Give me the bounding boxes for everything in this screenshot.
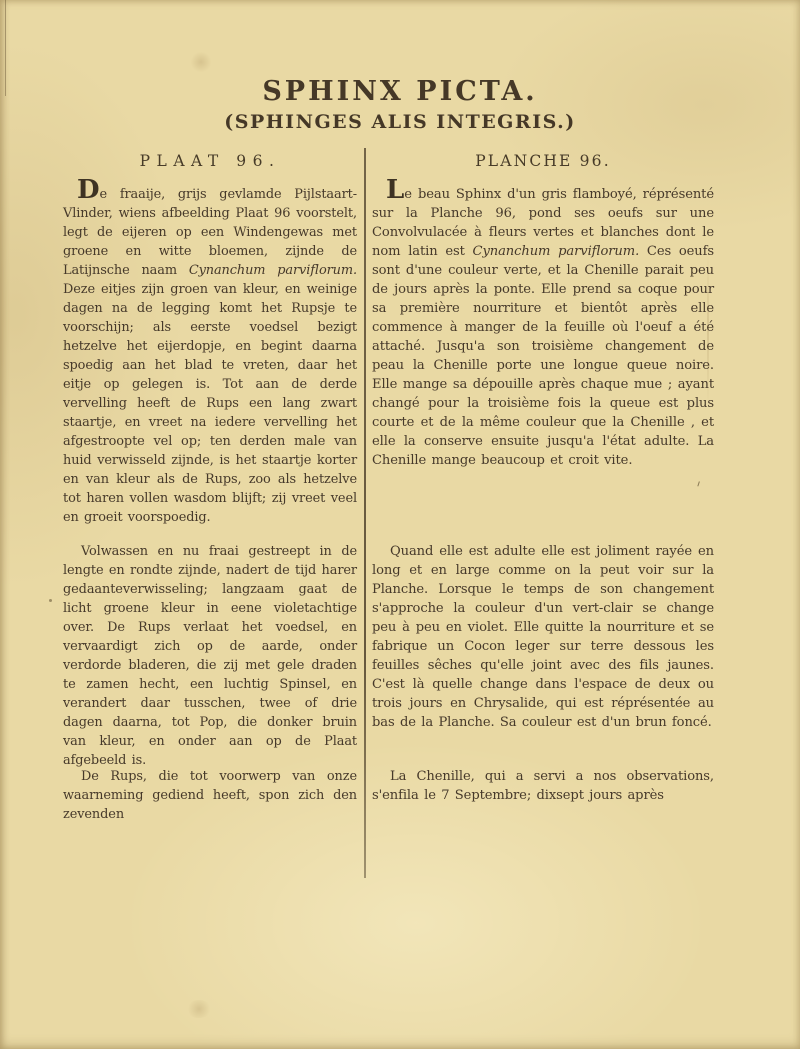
page-subtitle: (SPHINGES ALIS INTEGRIS.) — [0, 111, 800, 133]
dropcap-initial-d: D — [77, 175, 100, 205]
book-page: SPHINX PICTA. (SPHINGES ALIS INTEGRIS.) … — [0, 0, 800, 1049]
ink-speck — [49, 599, 52, 602]
paper-smudge — [186, 1000, 212, 1018]
scan-edge-line — [5, 0, 6, 96]
french-paragraph-2: Quand elle est adulte elle est joliment … — [372, 542, 714, 732]
left-column-header: PLAAT 96. — [63, 152, 357, 170]
text-segment: Deze eitjes zijn groen van kleur, en wei… — [63, 282, 357, 525]
french-paragraph-1: Le beau Sphinx d'un gris flamboyé, répré… — [372, 185, 714, 470]
dutch-paragraph-2: Volwassen en nu fraai gestreept in de le… — [63, 542, 357, 770]
latin-species-name: Cynanchum parviflorum. — [189, 263, 357, 278]
column-divider-rule — [364, 148, 366, 878]
dropcap-initial-l: L — [386, 175, 404, 205]
left-dutch-column: PLAAT 96. De fraaije, grijs gevlamde Pij… — [63, 152, 357, 912]
right-column-header: PLANCHE 96. — [372, 152, 714, 170]
paper-fold-streak — [707, 255, 709, 405]
paper-smudge — [190, 52, 212, 72]
page-title: SPHINX PICTA. — [0, 76, 800, 107]
text-segment: Ces oeufs sont d'une couleur verte, et l… — [372, 244, 714, 468]
latin-species-name: Cynanchum parviflorum. — [473, 244, 640, 259]
french-paragraph-3: La Chenille, qui a servi a nos observati… — [372, 767, 714, 805]
title-block: SPHINX PICTA. (SPHINGES ALIS INTEGRIS.) — [0, 76, 800, 133]
dutch-paragraph-1: De fraaije, grijs gevlamde Pijlstaart-Vl… — [63, 185, 357, 527]
dutch-paragraph-3: De Rups, die tot voorwerp van onze waarn… — [63, 767, 357, 824]
right-french-column: PLANCHE 96. Le beau Sphinx d'un gris fla… — [372, 152, 714, 912]
